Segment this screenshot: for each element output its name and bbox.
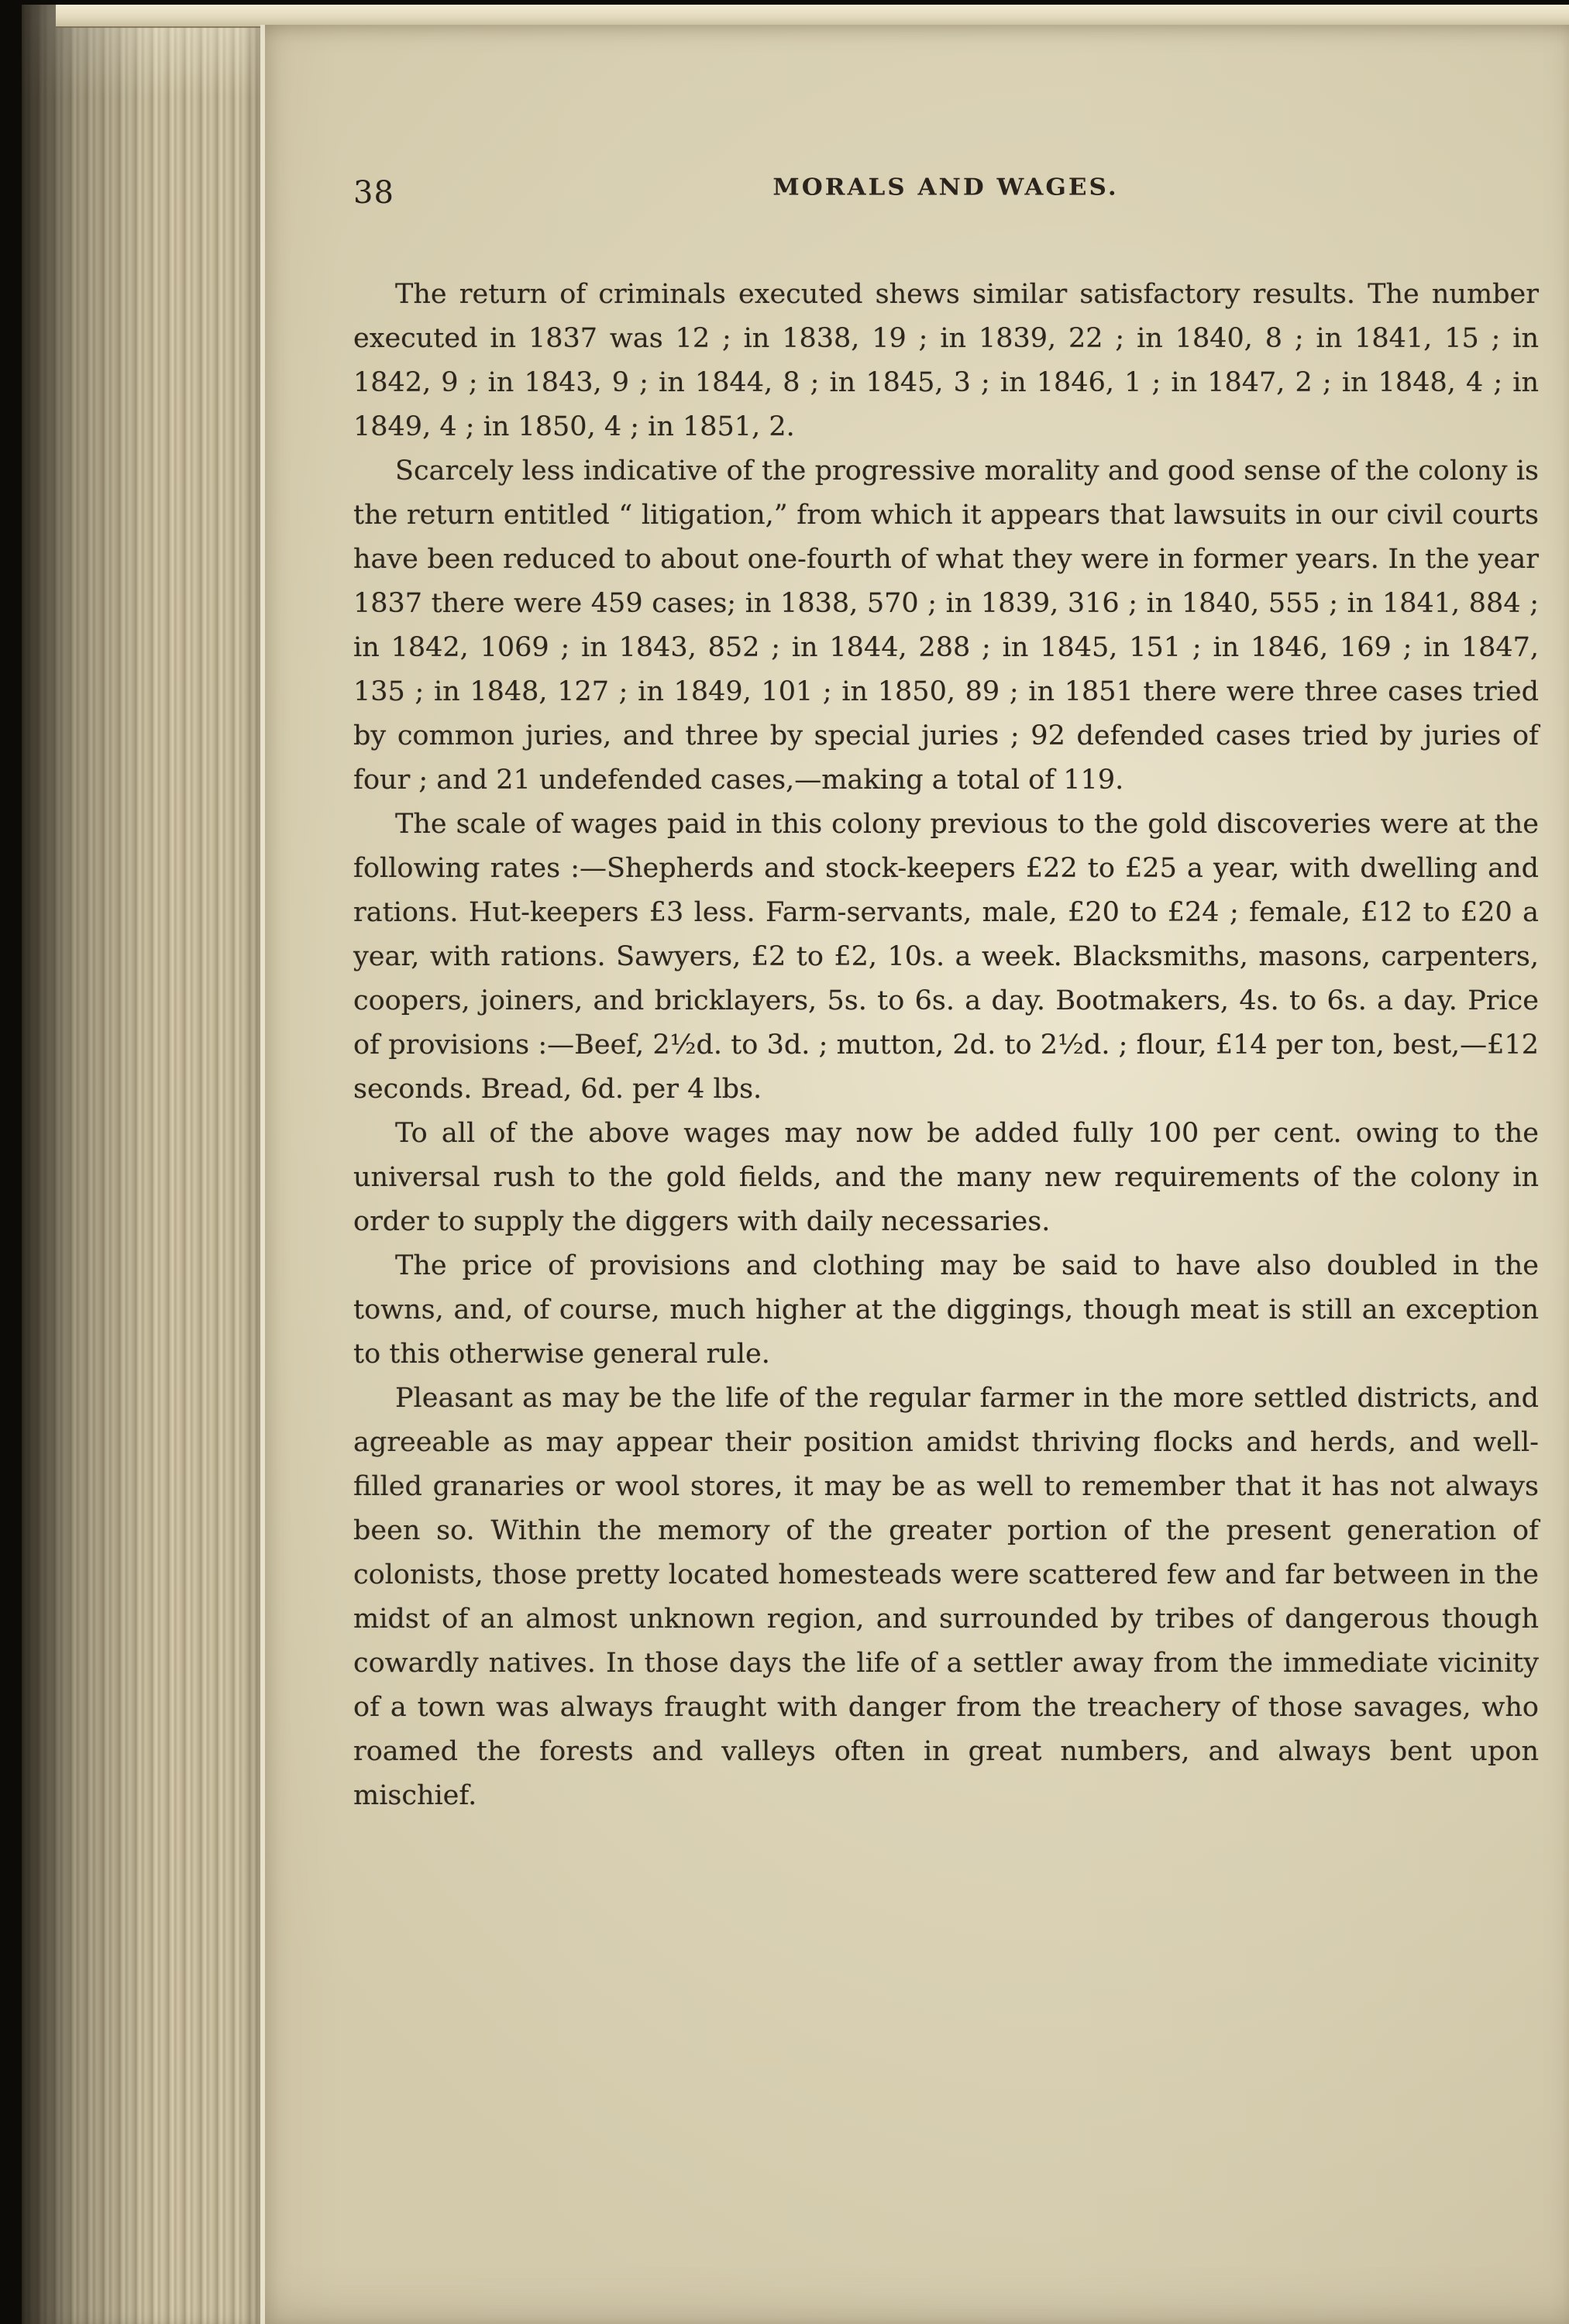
paragraph-farmer-life: Pleasant as may be the life of the regul…	[353, 1377, 1539, 1818]
page-number: 38	[353, 175, 394, 211]
paragraph-litigation: Scarcely less indicative of the progress…	[353, 449, 1539, 803]
page-body: The return of criminals executed shews s…	[353, 273, 1539, 1818]
book-page: 38 MORALS AND WAGES. The return of crimi…	[260, 25, 1569, 2324]
page-header: 38 MORALS AND WAGES.	[353, 174, 1538, 212]
paragraph-wages-scale: The scale of wages paid in this colony p…	[353, 803, 1539, 1112]
running-header: MORALS AND WAGES.	[772, 174, 1118, 201]
page-top-edge	[56, 5, 1569, 26]
paragraph-wages-increase: To all of the above wages may now be add…	[353, 1112, 1539, 1244]
paragraph-provisions-price: The price of provisions and clothing may…	[353, 1244, 1539, 1377]
book-scan: 38 MORALS AND WAGES. The return of crimi…	[0, 0, 1569, 2324]
page-stack-edge	[22, 5, 263, 2324]
paragraph-executions: The return of criminals executed shews s…	[353, 273, 1539, 449]
